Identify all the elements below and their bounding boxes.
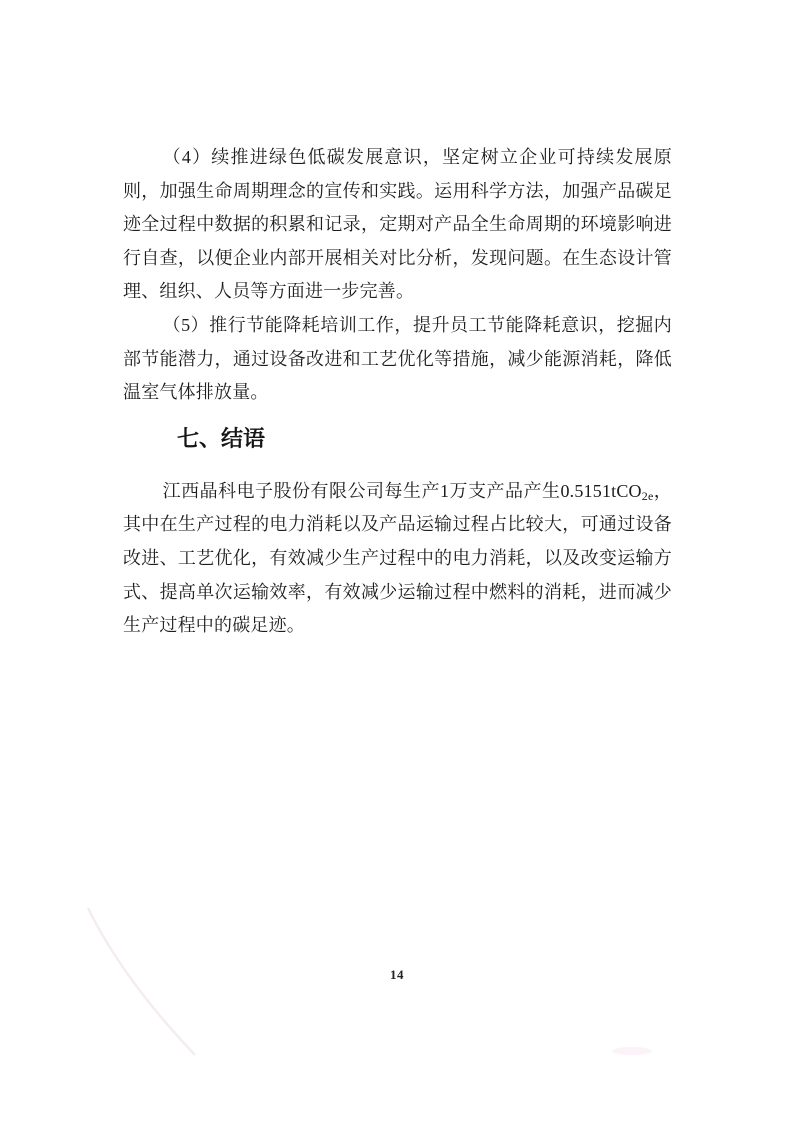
section-heading-conclusion: 七、结语: [123, 424, 672, 454]
page-number: 14: [390, 967, 404, 982]
page-footer: 14: [0, 966, 794, 984]
document-page: （4）续推进绿色低碳发展意识，坚定树立企业可持续发展原则，加强生命周期理念的宣传…: [0, 0, 794, 1123]
paragraph-item-4: （4）续推进绿色低碳发展意识，坚定树立企业可持续发展原则，加强生命周期理念的宣传…: [123, 141, 672, 309]
conclusion-paragraph: 江西晶科电子股份有限公司每生产1万支产品产生0.5151tCO2e，其中在生产过…: [123, 475, 672, 643]
conclusion-text-after-subscript: ，其中在生产过程的电力消耗以及产品运输过程占比较大，可通过设备改进、工艺优化，有…: [123, 481, 672, 635]
paragraph-item-5: （5）推行节能降耗培训工作，提升员工节能降耗意识，挖掘内部节能潜力，通过设备改进…: [123, 309, 672, 410]
conclusion-text-before-subscript: 江西晶科电子股份有限公司每生产1万支产品产生0.5151tCO: [163, 481, 642, 501]
co2e-subscript: 2e: [642, 489, 654, 503]
scan-smudge-artifact: [612, 1047, 652, 1055]
document-body: （4）续推进绿色低碳发展意识，坚定树立企业可持续发展原则，加强生命周期理念的宣传…: [123, 141, 672, 643]
